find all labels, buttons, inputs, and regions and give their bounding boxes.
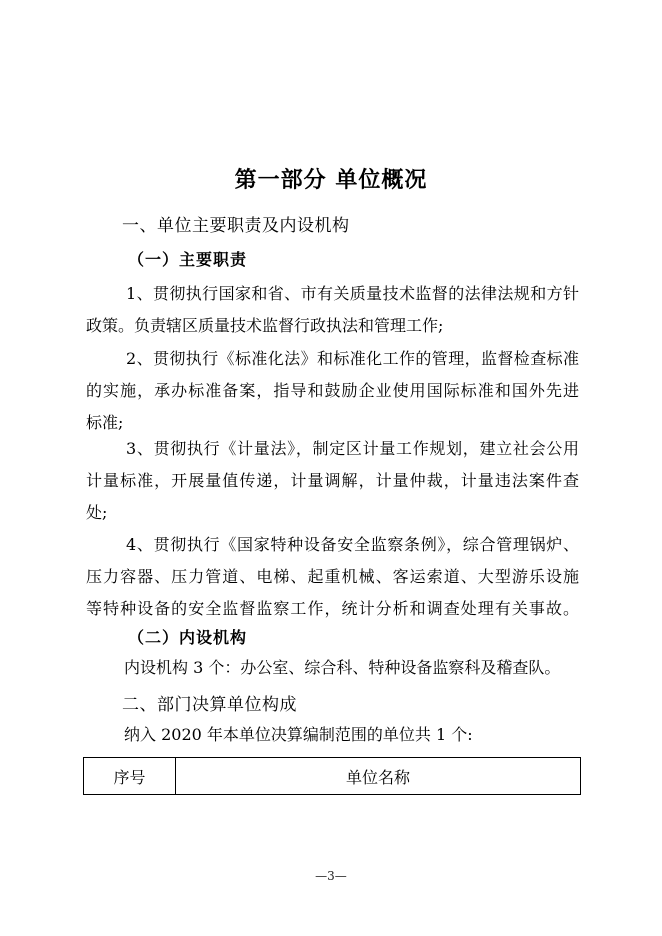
subsection-heading-internal-structure: （二）内设机构 <box>128 625 247 648</box>
table-header-row: 序号 单位名称 <box>84 758 581 795</box>
duty-1-line-1: 1、贯彻执行国家和省、市有关质量技术监督的法律法规和方针 <box>126 282 579 306</box>
budget-units-intro: 纳入 2020 年本单位决算编制范围的单位共 1 个: <box>124 723 584 747</box>
column-header-sequence: 序号 <box>84 758 176 795</box>
page-number: —3— <box>0 869 662 883</box>
duty-2-line-3: 标准; <box>86 411 579 435</box>
section-heading-duties-and-structure: 一、单位主要职责及内设机构 <box>122 211 350 236</box>
column-header-unit-name: 单位名称 <box>176 758 581 795</box>
duty-3-line-3: 处; <box>86 501 579 525</box>
page-title: 第一部分 单位概况 <box>0 163 662 194</box>
duty-2-line-2: 的实施，承办标准备案，指导和鼓励企业使用国际标准和国外先进 <box>86 379 579 403</box>
subsection-heading-main-duties: （一）主要职责 <box>128 247 247 270</box>
duty-4-line-2: 压力容器、压力管道、电梯、起重机械、客运索道、大型游乐设施 <box>86 565 579 589</box>
duty-4-line-1: 4、贯彻执行《国家特种设备安全监察条例》，综合管理锅炉、 <box>126 533 579 557</box>
duty-3-line-1: 3、贯彻执行《计量法》，制定区计量工作规划，建立社会公用 <box>126 437 579 461</box>
duty-4-line-3: 等特种设备的安全监督监察工作，统计分析和调查处理有关事故。 <box>86 597 579 621</box>
duty-2-line-1: 2、贯彻执行《标准化法》和标准化工作的管理，监督检查标准 <box>126 347 579 371</box>
duty-3-line-2: 计量标准，开展量值传递，计量调解，计量仲裁，计量违法案件查 <box>86 469 579 493</box>
duty-1-line-2: 政策。负责辖区质量技术监督行政执法和管理工作; <box>86 314 579 338</box>
budget-units-table: 序号 单位名称 <box>83 757 581 795</box>
internal-structure-text: 内设机构 3 个：办公室、综合科、特种设备监察科及稽查队。 <box>124 656 584 680</box>
section-heading-budget-units: 二、部门决算单位构成 <box>122 690 297 715</box>
